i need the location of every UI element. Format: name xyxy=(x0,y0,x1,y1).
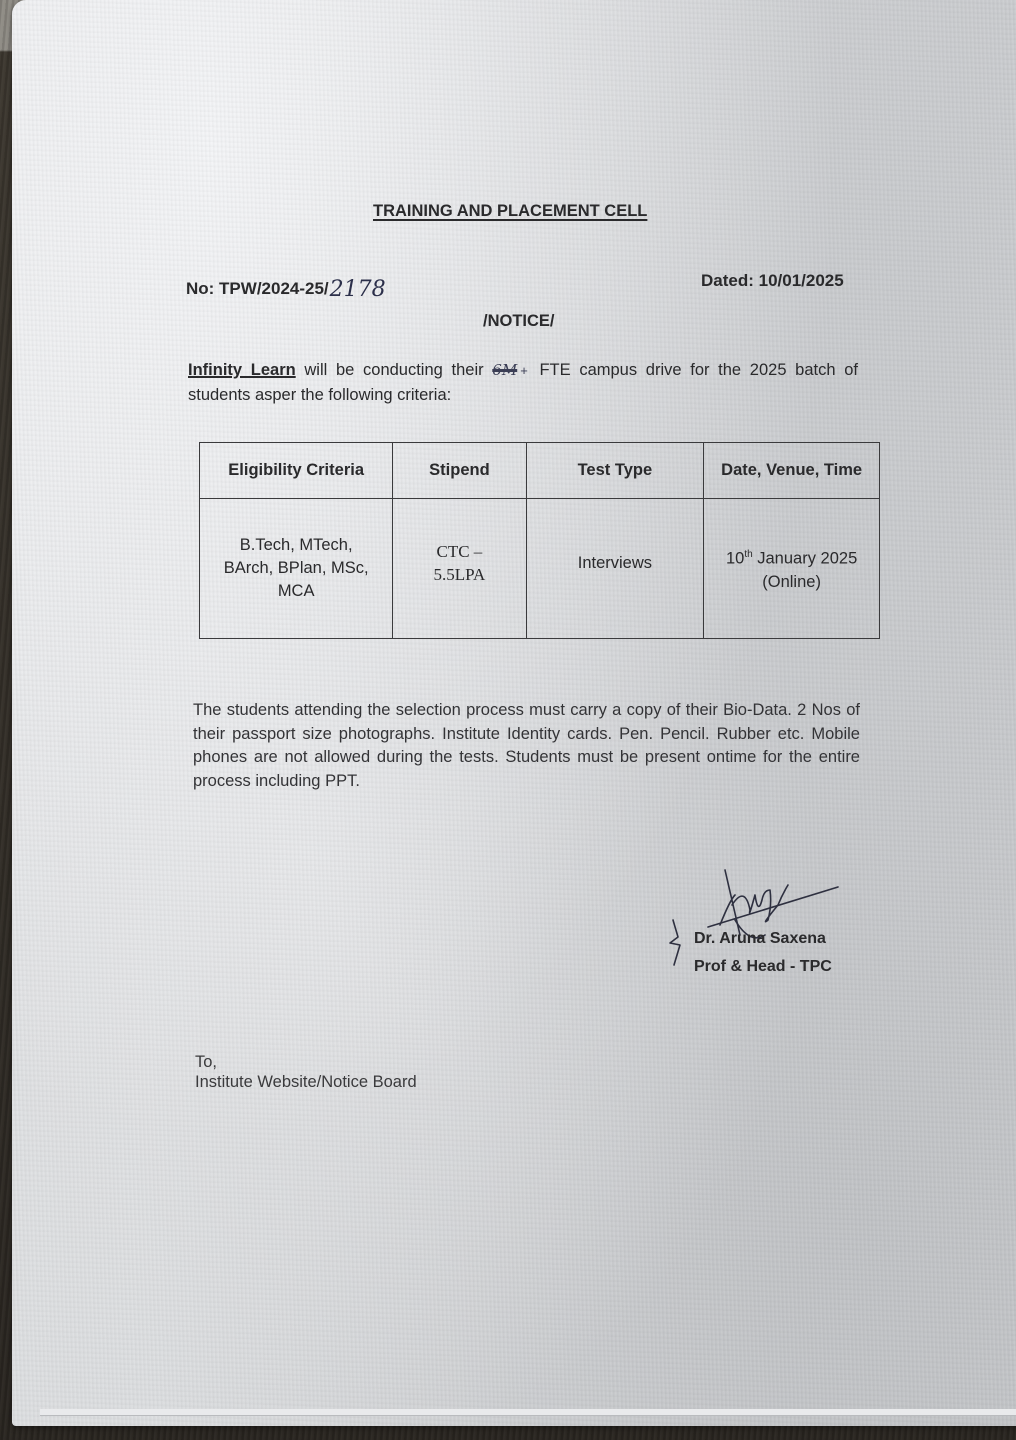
cell-date-venue: 10th January 2025 (Online) xyxy=(704,499,880,639)
intro-text-1: will be conducting their xyxy=(296,361,493,379)
document-heading: TRAINING AND PLACEMENT CELL xyxy=(373,202,647,221)
struck-text: 6M xyxy=(492,361,517,379)
handwritten-reference-number: 2178 xyxy=(330,277,386,302)
reference-label: No: TPW/2024-25/ xyxy=(186,279,329,298)
criteria-table: Eligibility Criteria Stipend Test Type D… xyxy=(199,442,880,639)
table-header-row: Eligibility Criteria Stipend Test Type D… xyxy=(200,443,880,499)
company-name: Infinity Learn xyxy=(188,361,296,379)
recipient-label: To, xyxy=(195,1053,217,1072)
document-date: Dated: 10/01/2025 xyxy=(701,271,844,291)
header-date-venue-time: Date, Venue, Time xyxy=(704,443,880,499)
signatory-name: Dr. Aruna Saxena xyxy=(694,930,826,948)
cell-eligibility: B.Tech, MTech, BArch, BPlan, MSc, MCA xyxy=(200,499,393,639)
recipient-name: Institute Website/Notice Board xyxy=(195,1073,417,1092)
paper-edge xyxy=(40,1409,1016,1416)
header-stipend: Stipend xyxy=(393,443,526,499)
table-row: B.Tech, MTech, BArch, BPlan, MSc, MCA CT… xyxy=(200,499,880,639)
cell-stipend: CTC – 5.5LPA xyxy=(393,499,526,639)
intro-paragraph: Infinity Learn will be conducting their … xyxy=(188,358,858,408)
cell-test-type: Interviews xyxy=(526,499,704,639)
reference-number: No: TPW/2024-25/2178 xyxy=(186,275,386,300)
header-eligibility: Eligibility Criteria xyxy=(200,443,393,499)
signatory-title: Prof & Head - TPC xyxy=(694,958,832,976)
header-test-type: Test Type xyxy=(526,443,704,499)
notice-title: /NOTICE/ xyxy=(483,312,555,331)
instructions-paragraph: The students attending the selection pro… xyxy=(193,699,860,793)
insertion-mark: + xyxy=(520,363,528,378)
